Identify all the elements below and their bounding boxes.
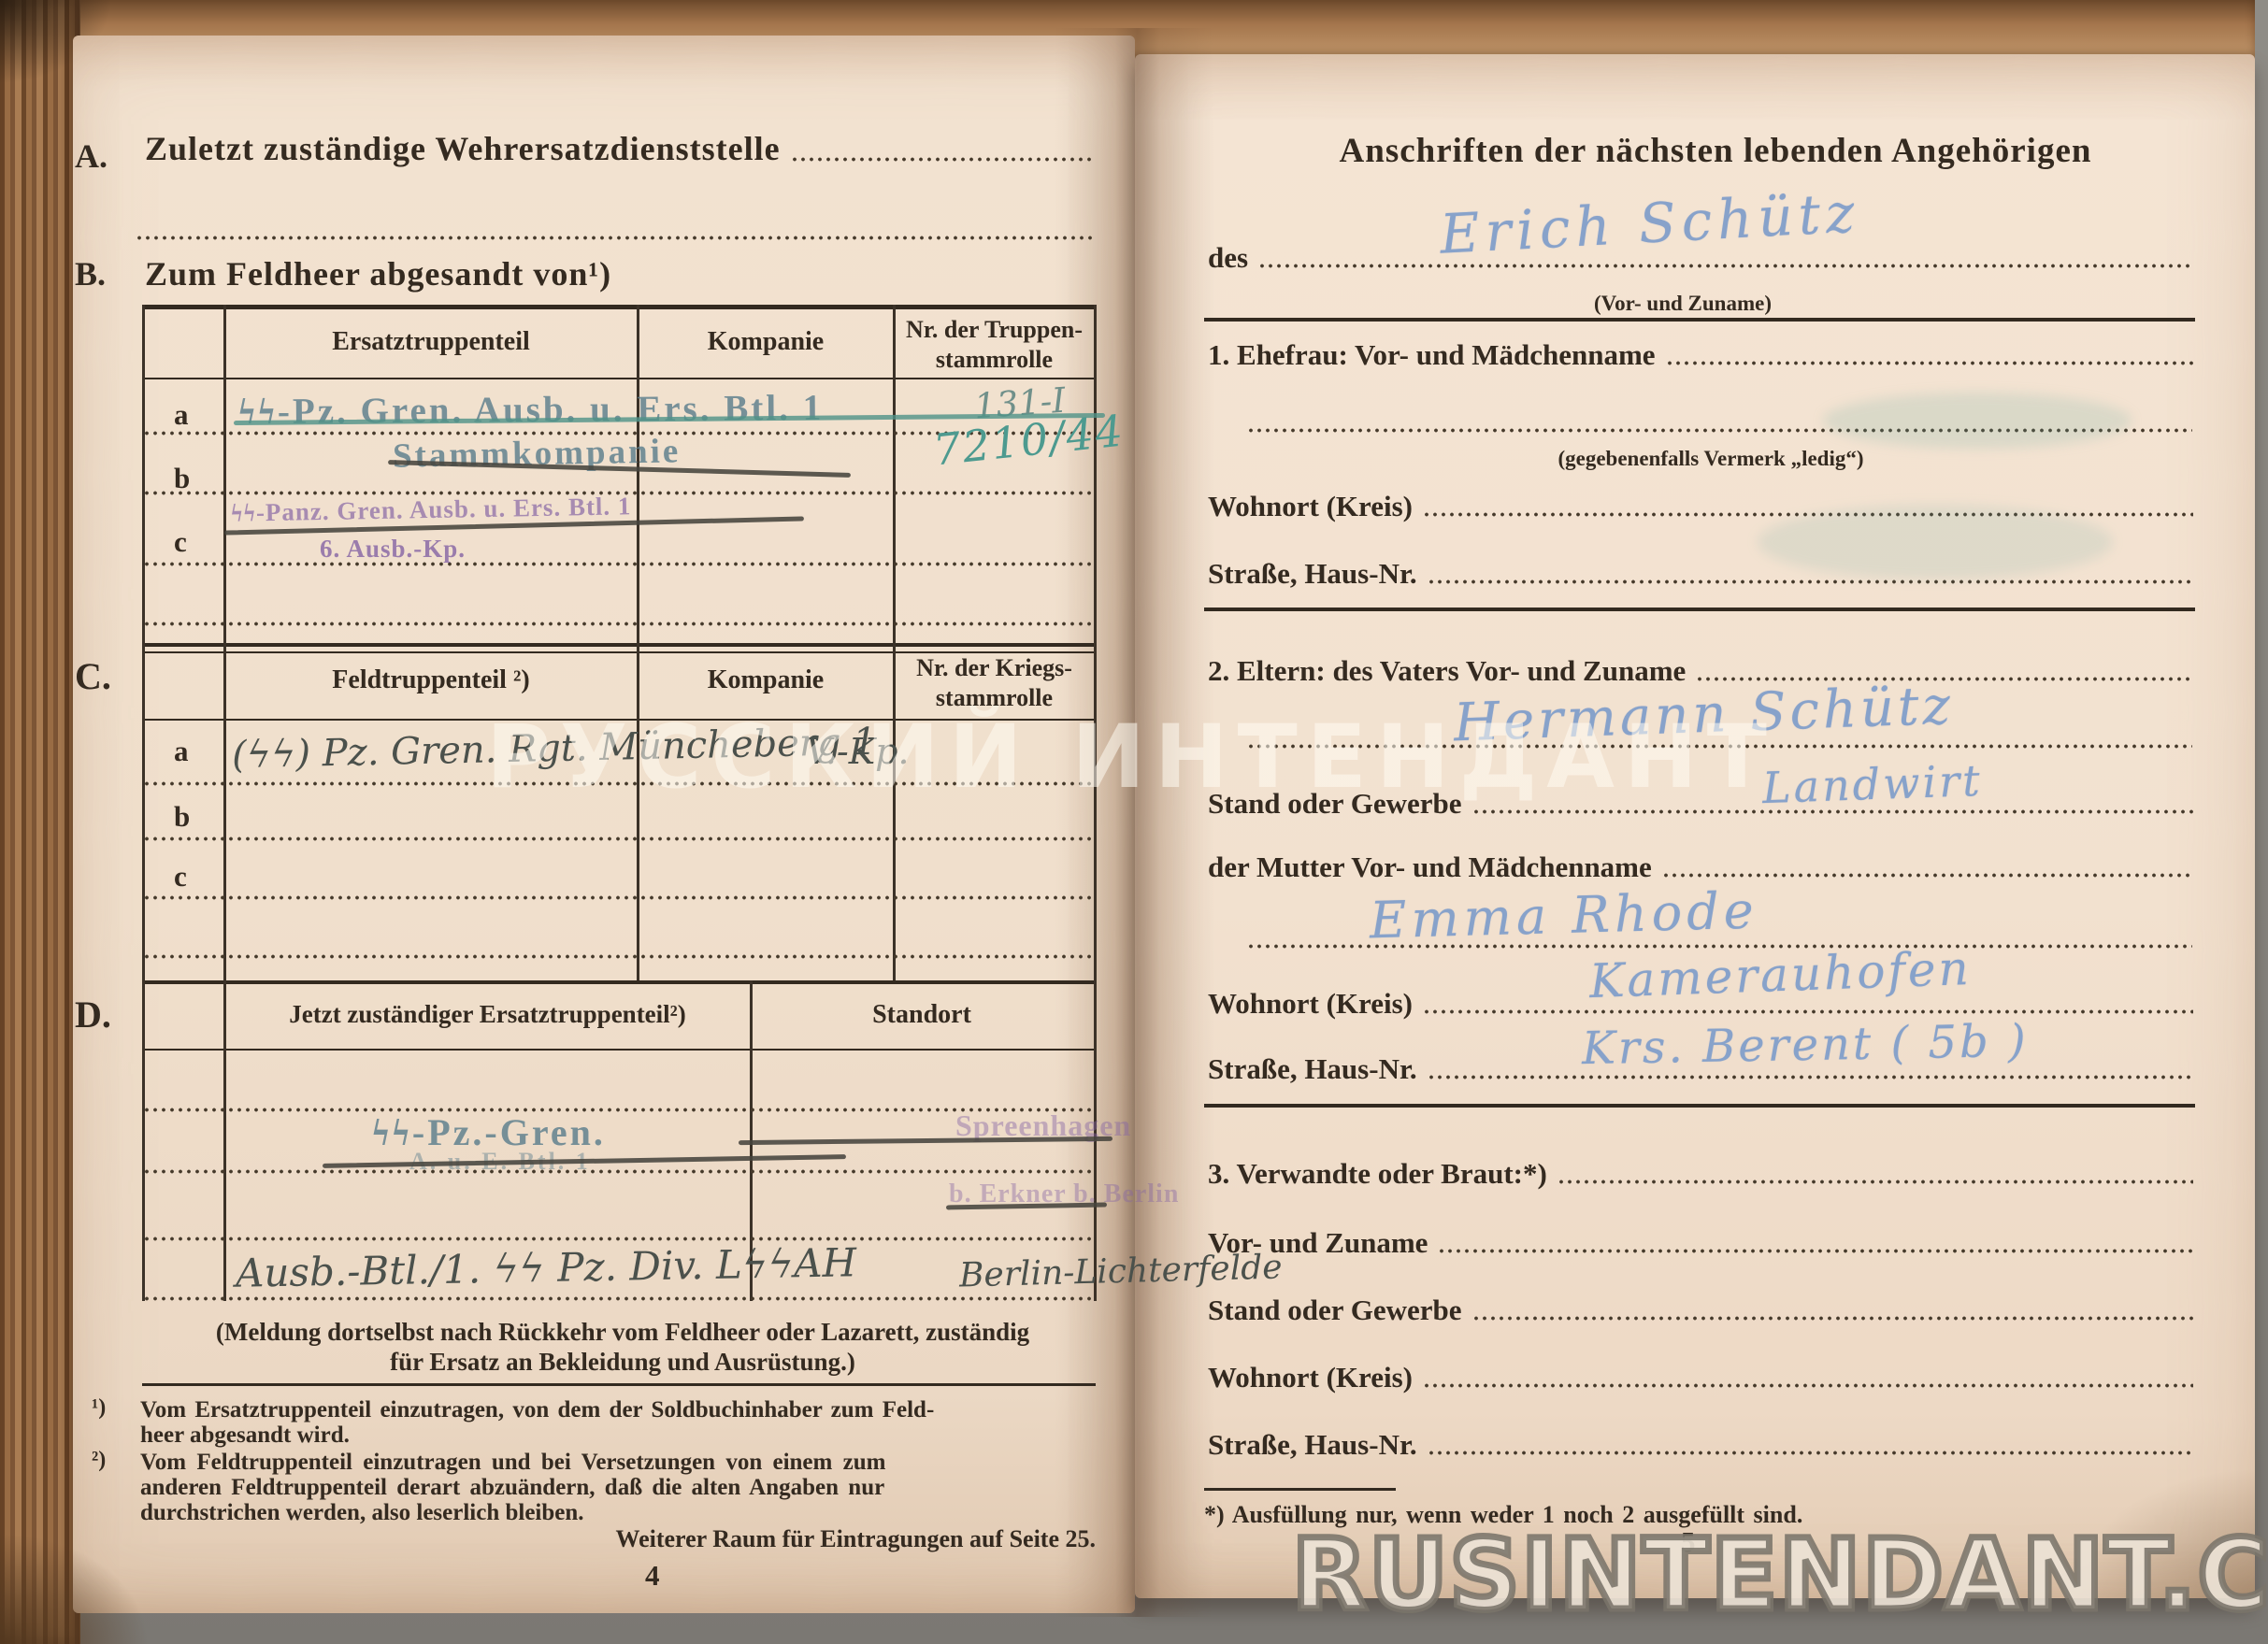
section2-title: 2. Eltern: des Vaters Vor- und Zuname: [1208, 654, 1686, 688]
footnote2-marker: ²): [92, 1448, 106, 1473]
footnote2-line1: Vom Feldtruppenteil einzutragen und bei …: [140, 1450, 885, 1476]
dotted-leader: [1424, 1009, 2193, 1014]
mother-name-handwriting: Emma Rhode: [1369, 881, 1758, 951]
dotted-leader: [1428, 579, 2193, 584]
wohnort-label: Wohnort (Kreis): [1208, 1361, 1413, 1394]
dotted-line: [1248, 428, 2192, 433]
page-number-right: 5: [1681, 1525, 1696, 1559]
mutter-label: der Mutter Vor- und Mädchenname: [1208, 851, 1652, 884]
footnote2-line2: anderen Feldtruppenteil derart abzuänder…: [140, 1475, 884, 1501]
scan-corner-shadow-bottom: [0, 1533, 150, 1644]
table-d-col1-header: Jetzt zuständiger Ersatztruppenteil²): [225, 1000, 750, 1029]
table-c-rowlabel-c: c: [174, 860, 187, 893]
dotted-line: [144, 781, 1092, 786]
footnote-rule: [142, 1383, 1096, 1386]
table-d-header-rule: [142, 1049, 1096, 1051]
footnote1-line2: heer abgesandt wird.: [140, 1422, 350, 1449]
section-rule: [1204, 1104, 2195, 1108]
table-b-rowlabel-a: a: [174, 398, 189, 432]
section3-wohnort-row: Wohnort (Kreis): [1208, 1361, 2195, 1394]
report-note-line1: (Meldung dortselbst nach Rückkehr vom Fe…: [150, 1318, 1096, 1347]
right-footnote: *) Ausfüllung nur, wenn weder 1 noch 2 a…: [1204, 1501, 1802, 1529]
table-c-border-right: [1094, 643, 1097, 980]
section-b-label: B.: [75, 254, 106, 293]
section-d-label: D.: [75, 993, 111, 1036]
dotted-leader: [1424, 1383, 2193, 1388]
strasse-label: Straße, Haus-Nr.: [1208, 1428, 1417, 1462]
dotted-line: [144, 562, 1092, 566]
section1-caption: (gegebenenfalls Vermerk „ledig“): [1337, 447, 2085, 471]
section-a-title: Zuletzt zuständige Wehrersatzdienststell…: [145, 129, 781, 168]
stand-label: Stand oder Gewerbe: [1208, 787, 1462, 821]
table-c-col3-header-line1: Nr. der Kriegs-: [895, 654, 1094, 682]
right-page-title: Anschriften der nächsten lebenden Angehö…: [1243, 131, 2188, 171]
dotted-leader: [1558, 1179, 2193, 1184]
section2-mutter-row: der Mutter Vor- und Mädchenname: [1208, 851, 2195, 884]
dotted-line: [144, 954, 1092, 959]
dotted-line: [144, 1108, 1092, 1112]
section-rule: [1204, 608, 2195, 611]
dotted-leader: [1424, 512, 2193, 517]
dotted-leader: [792, 157, 1092, 162]
table-d-top-rule: [142, 980, 1096, 984]
footnote1-line1: Vom Ersatztruppenteil einzutragen, von d…: [140, 1397, 934, 1423]
unit-stamp-row-a: ϟϟ-Pz. Gren. Ausb. u. Ers. Btl. 1: [238, 387, 824, 433]
section3-strasse-row: Straße, Haus-Nr.: [1208, 1428, 2195, 1462]
footnote-rule-right: [1204, 1488, 1396, 1491]
section-b-title: Zum Feldheer abgesandt von¹): [145, 254, 611, 293]
soldbuch-scan: A. Zuletzt zuständige Wehrersatzdienstst…: [0, 0, 2268, 1644]
dotted-leader: [1439, 1249, 2193, 1253]
dotted-line: [144, 1296, 1092, 1301]
section3-title-row: 3. Verwandte oder Braut:*): [1208, 1157, 2195, 1191]
report-note-line2: für Ersatz an Bekleidung und Ausrüstung.…: [150, 1348, 1096, 1377]
table-b-header-rule: [142, 378, 1096, 379]
table-b-border-right: [1094, 305, 1097, 645]
section1-strasse-row: Straße, Haus-Nr.: [1208, 557, 2195, 591]
dotted-line: [136, 236, 1092, 240]
dotted-line: [144, 1237, 1092, 1241]
strasse-label: Straße, Haus-Nr.: [1208, 557, 1417, 591]
table-b-col2-header: Kompanie: [639, 327, 893, 357]
table-c-header-rule: [142, 719, 1096, 721]
dotted-leader: [1428, 1451, 2193, 1455]
dotted-leader: [1259, 264, 2193, 268]
table-b-rowlabel-c: c: [174, 525, 187, 559]
more-space-note: Weiterer Raum für Eintragungen auf Seite…: [423, 1525, 1096, 1553]
table-b-col3-header-line1: Nr. der Truppen-: [895, 316, 1094, 344]
table-d-border-left: [142, 980, 145, 1301]
purple-stamp-line2: 6. Ausb.-Kp.: [320, 535, 466, 564]
table-b-border-left: [142, 305, 145, 645]
section3-stand-row: Stand oder Gewerbe: [1208, 1294, 2195, 1327]
strasse-label: Straße, Haus-Nr.: [1208, 1052, 1417, 1086]
dotted-line: [1248, 744, 2192, 749]
section2-stand-row: Stand oder Gewerbe: [1208, 787, 2195, 821]
table-d-col2-header: Standort: [752, 1000, 1092, 1030]
footnote2-line3: durchstrichen werden, also leserlich ble…: [140, 1500, 584, 1526]
section-rule: [1204, 318, 2195, 322]
wohnort-label: Wohnort (Kreis): [1208, 490, 1413, 523]
dotted-line: [144, 836, 1092, 841]
section1-wohnort-row: Wohnort (Kreis): [1208, 490, 2195, 523]
table-c-border-left: [142, 643, 145, 980]
table-b-top-rule: [142, 305, 1096, 309]
dotted-line: [144, 1169, 1092, 1174]
dotted-leader: [1667, 361, 2193, 365]
footnote1-marker: ¹): [92, 1395, 106, 1421]
name-label: Vor- und Zuname: [1208, 1226, 1428, 1260]
wohnort-label: Wohnort (Kreis): [1208, 987, 1413, 1021]
section1-title-row: 1. Ehefrau: Vor- und Mädchenname: [1208, 338, 2195, 372]
stand-label: Stand oder Gewerbe: [1208, 1294, 1462, 1327]
table-c-top-rule2: [142, 651, 1096, 653]
book-spine-edge: [0, 0, 80, 1644]
table-c-rowlabel-a: a: [174, 735, 189, 768]
table-b-col1-header: Ersatztruppenteil: [225, 327, 637, 357]
section3-title: 3. Verwandte oder Braut:*): [1208, 1157, 1547, 1191]
dotted-leader: [1663, 873, 2193, 878]
dotted-leader: [1473, 1316, 2193, 1321]
table-b-col3-header-line2: stammrolle: [895, 346, 1094, 374]
dotted-line: [144, 895, 1092, 900]
kompanie-handwriting: V.-Kp.: [806, 731, 910, 772]
table-c-rowlabel-b: b: [174, 800, 190, 834]
section-a-heading: Zuletzt zuständige Wehrersatzdienststell…: [145, 129, 1094, 168]
table-c-col1-header: Feldtruppenteil ²): [225, 665, 637, 695]
des-caption: (Vor- und Zuname): [1430, 292, 1935, 316]
father-occupation-handwriting: Landwirt: [1761, 755, 1983, 813]
parents-strasse-handwriting: Krs. Berent ( 5b ): [1582, 1015, 2030, 1075]
dotted-leader: [1428, 1075, 2193, 1079]
section1-title: 1. Ehefrau: Vor- und Mädchenname: [1208, 338, 1656, 372]
des-label: des: [1208, 241, 1248, 275]
table-c-col3-header-line2: stammrolle: [895, 684, 1094, 712]
page-number-left: 4: [645, 1559, 660, 1593]
dotted-line: [144, 622, 1092, 626]
table-c-col2-header: Kompanie: [639, 665, 893, 695]
section-c-label: C.: [75, 654, 111, 698]
section-a-label: A.: [75, 136, 108, 176]
section2-title-row: 2. Eltern: des Vaters Vor- und Zuname: [1208, 654, 2195, 688]
dotted-line: [1248, 944, 2192, 949]
table-c-top-rule: [142, 643, 1096, 647]
section3-name-row: Vor- und Zuname: [1208, 1226, 2195, 1260]
